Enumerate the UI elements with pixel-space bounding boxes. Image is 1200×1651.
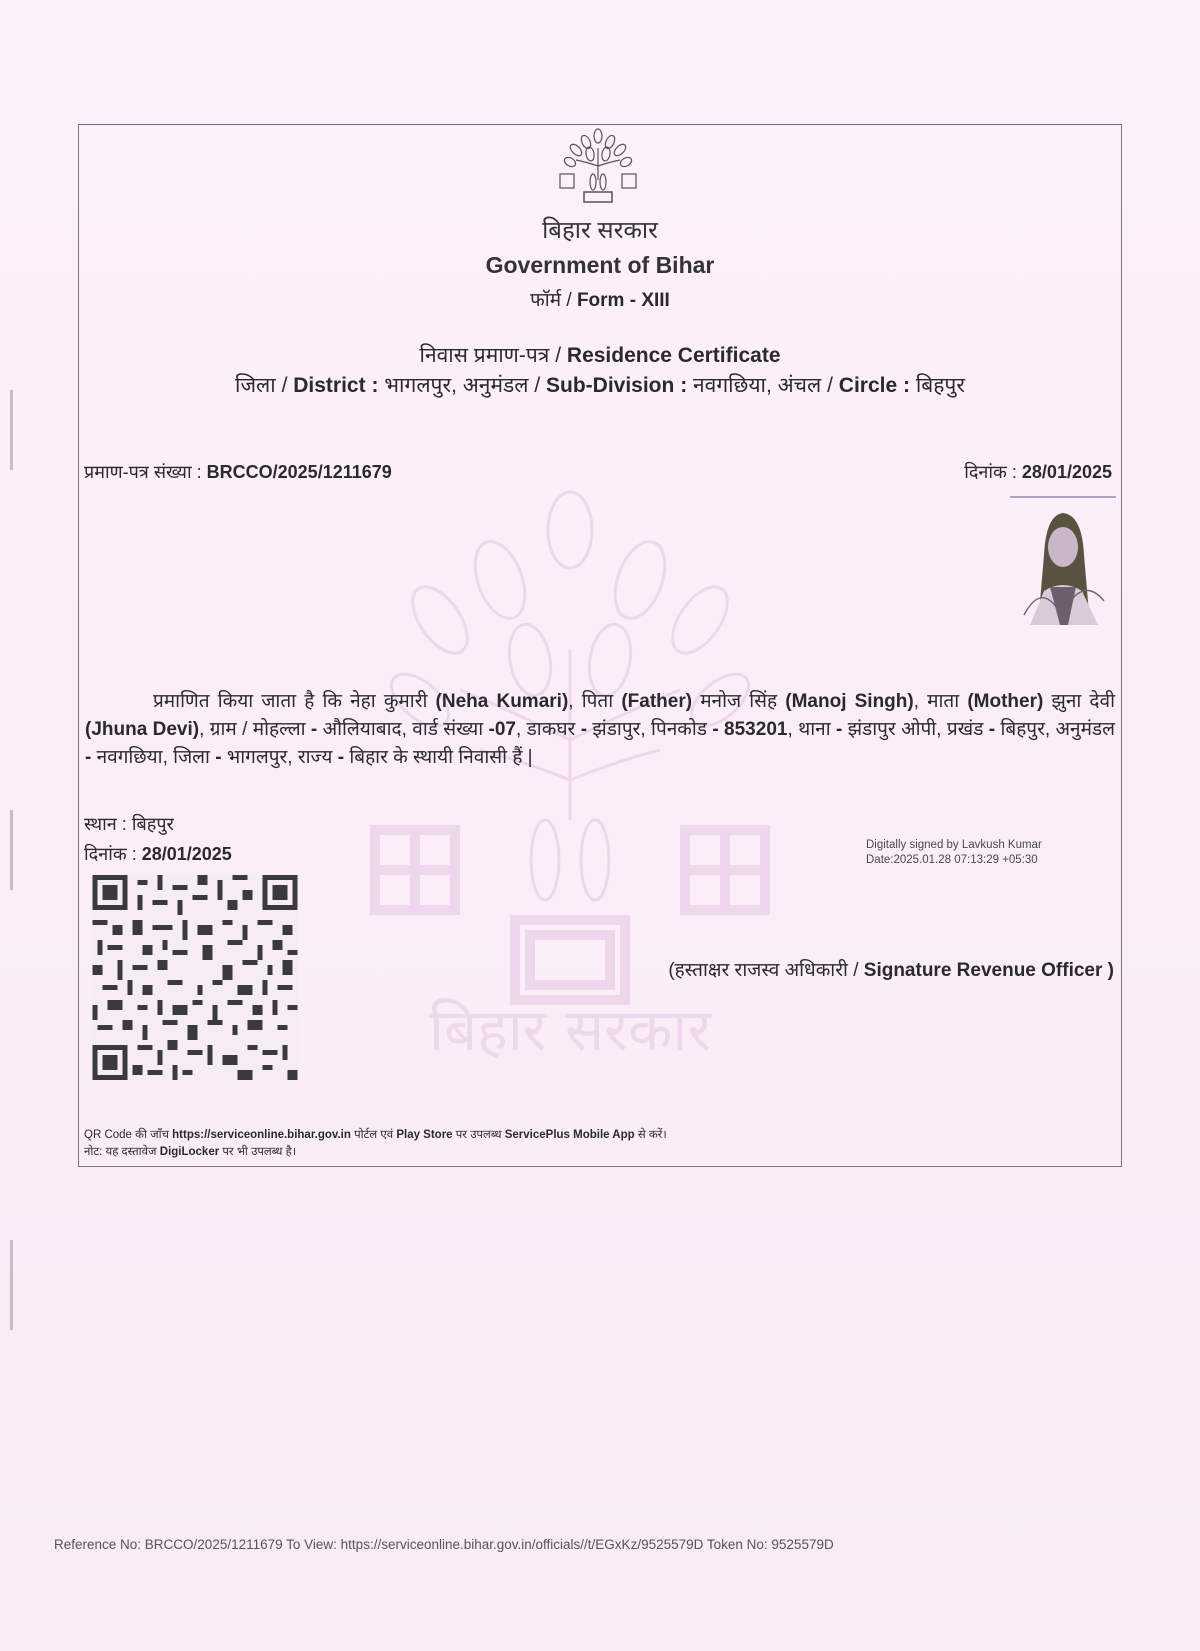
applicant-name: (Neha Kumari) [436, 691, 569, 712]
title-hindi: निवास प्रमाण-पत्र [420, 344, 550, 367]
sign-date-value: 28/01/2025 [142, 844, 232, 864]
scan-artifact [10, 810, 13, 890]
certificate-number: प्रमाण-पत्र संख्या : BRCCO/2025/1211679 [84, 460, 392, 484]
signature-caption: (हस्ताक्षर राजस्व अधिकारी / Signature Re… [668, 956, 1114, 982]
bihar-emblem-icon [554, 128, 642, 206]
form-label-hindi: फॉर्म [530, 290, 561, 311]
title-english: Residence Certificate [567, 344, 781, 367]
sign-date: दिनांक : 28/01/2025 [84, 842, 232, 866]
state-name-hindi: बिहार सरकार [0, 213, 1200, 246]
digital-signer: Digitally signed by Lavkush Kumar [866, 838, 1042, 853]
circle-value: बिहपुर [916, 374, 965, 397]
digilocker-note: नोट: यह दस्तावेज DigiLocker पर भी उपलब्ध… [84, 1144, 296, 1159]
issue-date: दिनांक : 28/01/2025 [964, 460, 1112, 484]
mother-name: (Jhuna Devi) [85, 719, 199, 740]
location-line: जिला / District : भागलपुर, अनुमंडल / Sub… [0, 371, 1200, 399]
ward-number: -07 [489, 719, 516, 740]
digital-signature-block: Digitally signed by Lavkush Kumar Date:2… [866, 838, 1042, 868]
verification-link[interactable]: https://serviceonline.bihar.gov.in [172, 1129, 351, 1141]
digital-sign-date: Date:2025.01.28 07:13:29 +05:30 [866, 853, 1042, 868]
place-value: बिहपुर [132, 814, 174, 834]
form-number: फॉर्म / Form - XIII [0, 286, 1200, 312]
state-name-english: Government of Bihar [0, 252, 1200, 279]
father-name: (Manoj Singh) [785, 691, 913, 712]
scan-artifact [10, 390, 13, 470]
district-value: भागलपुर [384, 374, 451, 397]
qr-verification-note: QR Code की जाँच https://serviceonline.bi… [84, 1127, 667, 1142]
reference-line: Reference No: BRCCO/2025/1211679 To View… [54, 1537, 834, 1552]
pincode: 853201 [724, 719, 787, 740]
certificate-body: प्रमाणित किया जाता है कि नेहा कुमारी (Ne… [85, 688, 1115, 772]
form-label-english: Form - XIII [577, 290, 670, 311]
certificate-number-value: BRCCO/2025/1211679 [207, 462, 392, 482]
qr-code[interactable] [92, 875, 298, 1080]
certificate-title: निवास प्रमाण-पत्र / Residence Certificat… [0, 341, 1200, 369]
scan-artifact [10, 1240, 13, 1330]
subdivision-value: नवगछिया [693, 374, 766, 397]
applicant-photo [1010, 495, 1116, 625]
issue-date-value: 28/01/2025 [1022, 462, 1112, 482]
place: स्थान : बिहपुर [84, 812, 174, 836]
